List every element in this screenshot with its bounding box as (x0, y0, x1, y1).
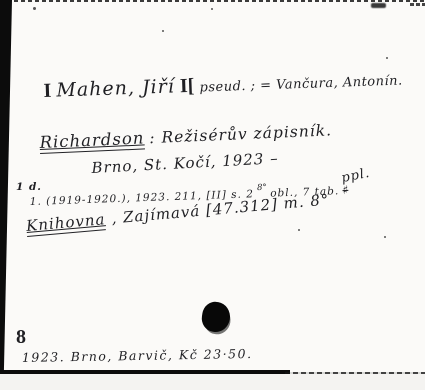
ink-speck (162, 30, 164, 32)
pseudonym-note: pseud. ; = Vančura, Antonín. (199, 73, 403, 95)
corner-mark-close: I[ (180, 75, 195, 97)
ink-speck (384, 236, 386, 238)
work-title: Režisérův zápisník. (161, 121, 332, 146)
card-top-edge (0, 0, 425, 2)
ink-speck (211, 8, 213, 10)
scanner-background (0, 374, 425, 390)
author-name: Mahen, Jiří (56, 75, 175, 101)
punch-hole (200, 300, 232, 334)
ink-speck (298, 229, 300, 231)
ink-smudge (410, 3, 425, 6)
ink-smudge (371, 3, 386, 8)
format-superscript: 8° (257, 183, 267, 193)
ink-speck (386, 57, 388, 59)
imprint-line: Brno, St. Kočí, 1923 – (91, 149, 279, 177)
acquisition-note: 1923. Brno, Barvič, Kč 23·50. (22, 346, 253, 365)
entry-word: Richardson (39, 128, 145, 154)
series-word: Knihovna (25, 210, 106, 237)
ink-speck (33, 7, 36, 10)
catalog-card-scan: I Mahen, Jiří I[ pseud. ; = Vančura, Ant… (0, 0, 425, 390)
crossed-out-mark: ♯ (342, 183, 348, 197)
collation-left-mark: 1 d. (16, 181, 42, 193)
title-line: Richardson : Režisérův zápisník. (39, 120, 332, 152)
corner-mark-open: I (43, 80, 52, 102)
printed-card-number: 8 (16, 326, 26, 349)
title-separator: : (149, 129, 162, 148)
card-left-edge (0, 0, 12, 374)
heading-line: I Mahen, Jiří I[ pseud. ; = Vančura, Ant… (43, 67, 403, 103)
